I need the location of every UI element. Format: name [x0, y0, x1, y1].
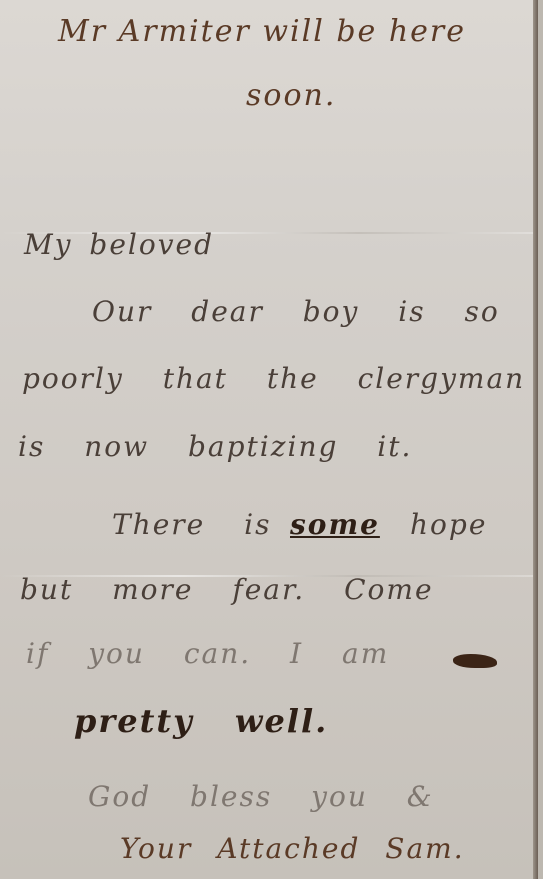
letter-line-part: hope — [410, 508, 487, 541]
letter-line: pretty well. — [74, 702, 328, 740]
closing: God bless you & — [88, 780, 434, 813]
postscript-line-2: soon. — [246, 78, 336, 113]
letter-line: if you can. I am — [26, 637, 389, 670]
letter-line: Our dear boy is so — [92, 295, 500, 328]
letter-line: is now baptizing it. — [18, 430, 412, 463]
ink-blot — [453, 654, 497, 668]
paper-edge — [533, 0, 538, 879]
postscript-line-1: Mr Armiter will be here — [58, 14, 466, 49]
salutation: My beloved — [24, 228, 214, 261]
emphasized-word: some — [290, 508, 380, 541]
letter-line-part: There is — [112, 508, 271, 541]
letter-paper: Mr Armiter will be here soon. My beloved… — [0, 0, 538, 879]
letter-line: but more fear. Come — [20, 573, 434, 606]
letter-line: poorly that the clergyman — [22, 362, 525, 395]
signature: Your Attached Sam. — [120, 832, 465, 865]
